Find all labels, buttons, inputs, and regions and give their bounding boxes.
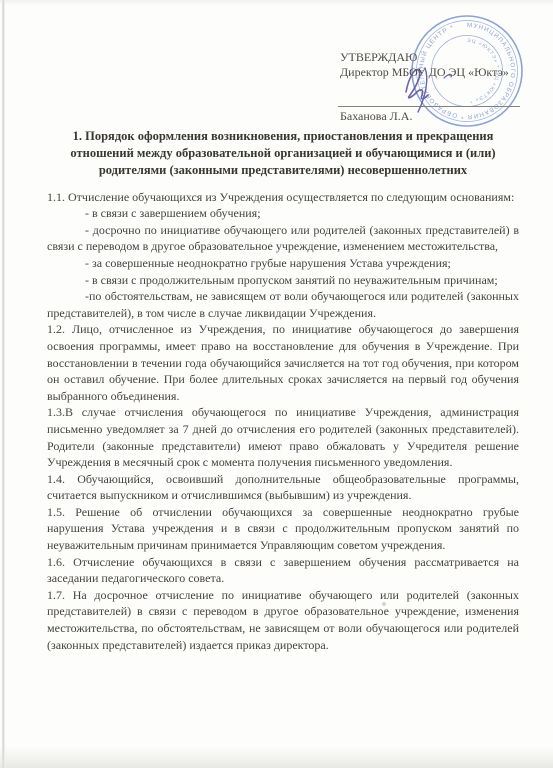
title-line: 1. Порядок оформления возникновения, при… xyxy=(53,128,513,145)
scan-edge-top xyxy=(0,0,553,5)
document-title: 1. Порядок оформления возникновения, при… xyxy=(53,128,513,180)
scan-artifact xyxy=(382,602,386,606)
paragraph: 1.6. Отчисление обучающихся в связи с за… xyxy=(47,554,519,587)
paragraph: -по обстоятельствам, не зависящем от вол… xyxy=(47,288,519,321)
scan-edge-left xyxy=(2,0,5,768)
paragraph: 1.4. Обучающийся, освоивший дополнительн… xyxy=(47,471,519,504)
paragraph: 1.7. На досрочное отчисление по инициати… xyxy=(47,587,519,653)
paragraph: 1.3.В случае отчисления обучающегося по … xyxy=(47,404,519,470)
title-line: родителями (законными представителями) н… xyxy=(53,162,513,179)
paragraph: 1.1. Отчисление обучающихся из Учреждени… xyxy=(47,189,519,206)
signature-icon xyxy=(392,62,472,114)
title-line: отношений между образовательной организа… xyxy=(53,145,513,162)
paragraph: - в связи с продолжительным пропуском за… xyxy=(47,272,519,289)
paragraph: 1.5. Решение об отчислении обучающихся з… xyxy=(47,504,519,554)
paragraph: 1.2. Лицо, отчисленное из Учреждения, по… xyxy=(47,321,519,404)
paragraph: - досрочно по инициативе обучающего или … xyxy=(47,222,519,255)
document-content: 1. Порядок оформления возникновения, при… xyxy=(47,128,519,653)
document-body: 1.1. Отчисление обучающихся из Учреждени… xyxy=(47,189,519,654)
paragraph: - в связи с завершением обучения; xyxy=(47,205,519,222)
paragraph: - за совершенные неоднократно грубые нар… xyxy=(47,255,519,272)
document-page: МУНИЦИПАЛЬНОГО ОБРАЗОВАНИЯ * ОБРАЗОВАТЕЛ… xyxy=(0,0,553,768)
